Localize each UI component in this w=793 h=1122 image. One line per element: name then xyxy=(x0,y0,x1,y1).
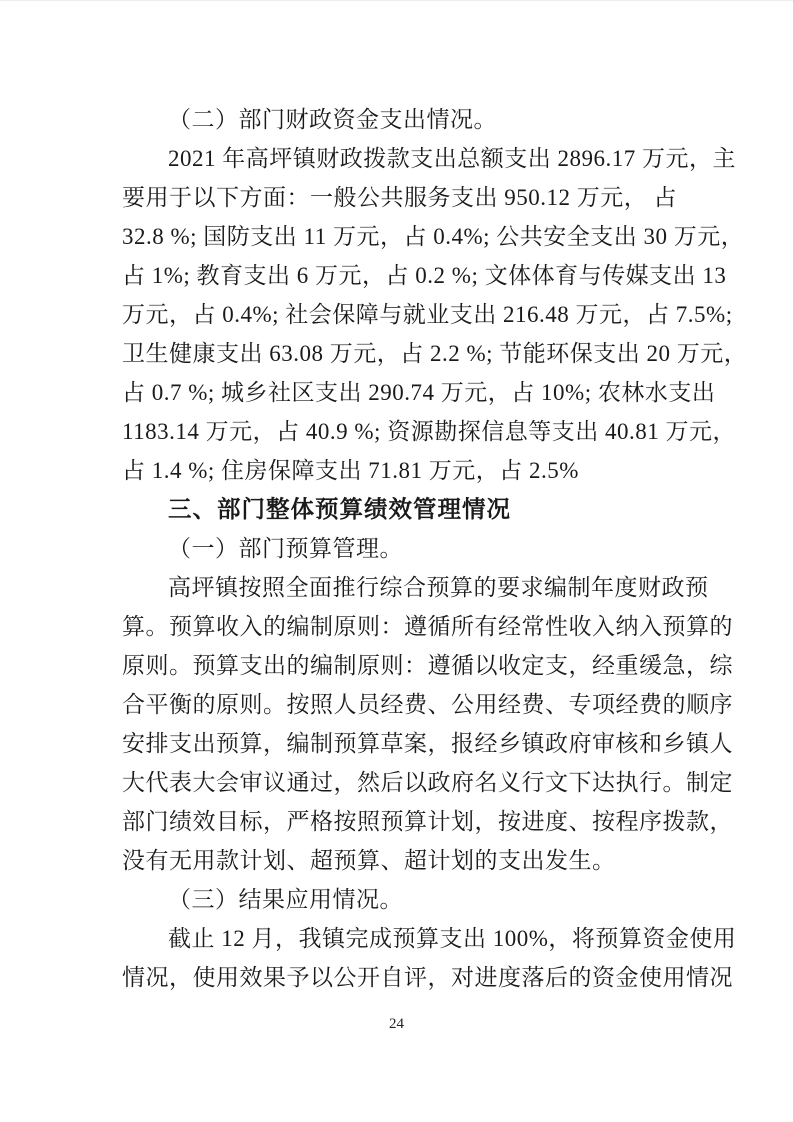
paragraph-line: 截止 12 月，我镇完成预算支出 100%，将预算资金使用 xyxy=(122,919,690,958)
subsection-heading-expenditure: （二）部门财政资金支出情况。 xyxy=(122,100,690,139)
paragraph-line: 占 1%; 教育支出 6 万元，占 0.2 %; 文体体育与传媒支出 13 xyxy=(122,256,690,295)
paragraph-line: 2021 年高坪镇财政拨款支出总额支出 2896.17 万元，主 xyxy=(122,139,690,178)
paragraph-line: 要用于以下方面：一般公共服务支出 950.12 万元， 占 xyxy=(122,178,690,217)
paragraph-line: 万元，占 0.4%; 社会保障与就业支出 216.48 万元，占 7.5%; xyxy=(122,295,690,334)
document-page: （二）部门财政资金支出情况。 2021 年高坪镇财政拨款支出总额支出 2896.… xyxy=(0,0,793,1122)
paragraph-line: 部门绩效目标，严格按照预算计划，按进度、按程序拨款， xyxy=(122,802,690,841)
paragraph-line: 合平衡的原则。按照人员经费、公用经费、专项经费的顺序 xyxy=(122,685,690,724)
paragraph-line: 情况，使用效果予以公开自评，对进度落后的资金使用情况 xyxy=(122,958,690,997)
paragraph-line: 卫生健康支出 63.08 万元，占 2.2 %; 节能环保支出 20 万元， xyxy=(122,334,690,373)
subsection-heading-budget-management: （一）部门预算管理。 xyxy=(122,529,690,568)
paragraph-line: 大代表大会审议通过，然后以政府名义行文下达执行。制定 xyxy=(122,763,690,802)
page-number: 24 xyxy=(389,1016,404,1032)
paragraph-line: 没有无用款计划、超预算、超计划的支出发生。 xyxy=(122,841,690,880)
paragraph-line: 32.8 %; 国防支出 11 万元，占 0.4%; 公共安全支出 30 万元， xyxy=(122,217,690,256)
subsection-heading-result-application: （三）结果应用情况。 xyxy=(122,880,690,919)
paragraph-line: 高坪镇按照全面推行综合预算的要求编制年度财政预 xyxy=(122,568,690,607)
paragraph-line: 占 0.7 %; 城乡社区支出 290.74 万元，占 10%; 农林水支出 xyxy=(122,373,690,412)
paragraph-line: 原则。预算支出的编制原则：遵循以收定支，经重缓急，综 xyxy=(122,646,690,685)
page-body: （二）部门财政资金支出情况。 2021 年高坪镇财政拨款支出总额支出 2896.… xyxy=(122,100,690,997)
paragraph-line: 1183.14 万元，占 40.9 %; 资源勘探信息等支出 40.81 万元， xyxy=(122,412,690,451)
paragraph-line: 安排支出预算，编制预算草案，报经乡镇政府审核和乡镇人 xyxy=(122,724,690,763)
paragraph-line: 算。预算收入的编制原则：遵循所有经常性收入纳入预算的 xyxy=(122,607,690,646)
page-footer: 24 xyxy=(0,1015,793,1033)
paragraph-line: 占 1.4 %; 住房保障支出 71.81 万元，占 2.5% xyxy=(122,451,690,490)
section-heading-performance-management: 三、部门整体预算绩效管理情况 xyxy=(122,490,690,529)
